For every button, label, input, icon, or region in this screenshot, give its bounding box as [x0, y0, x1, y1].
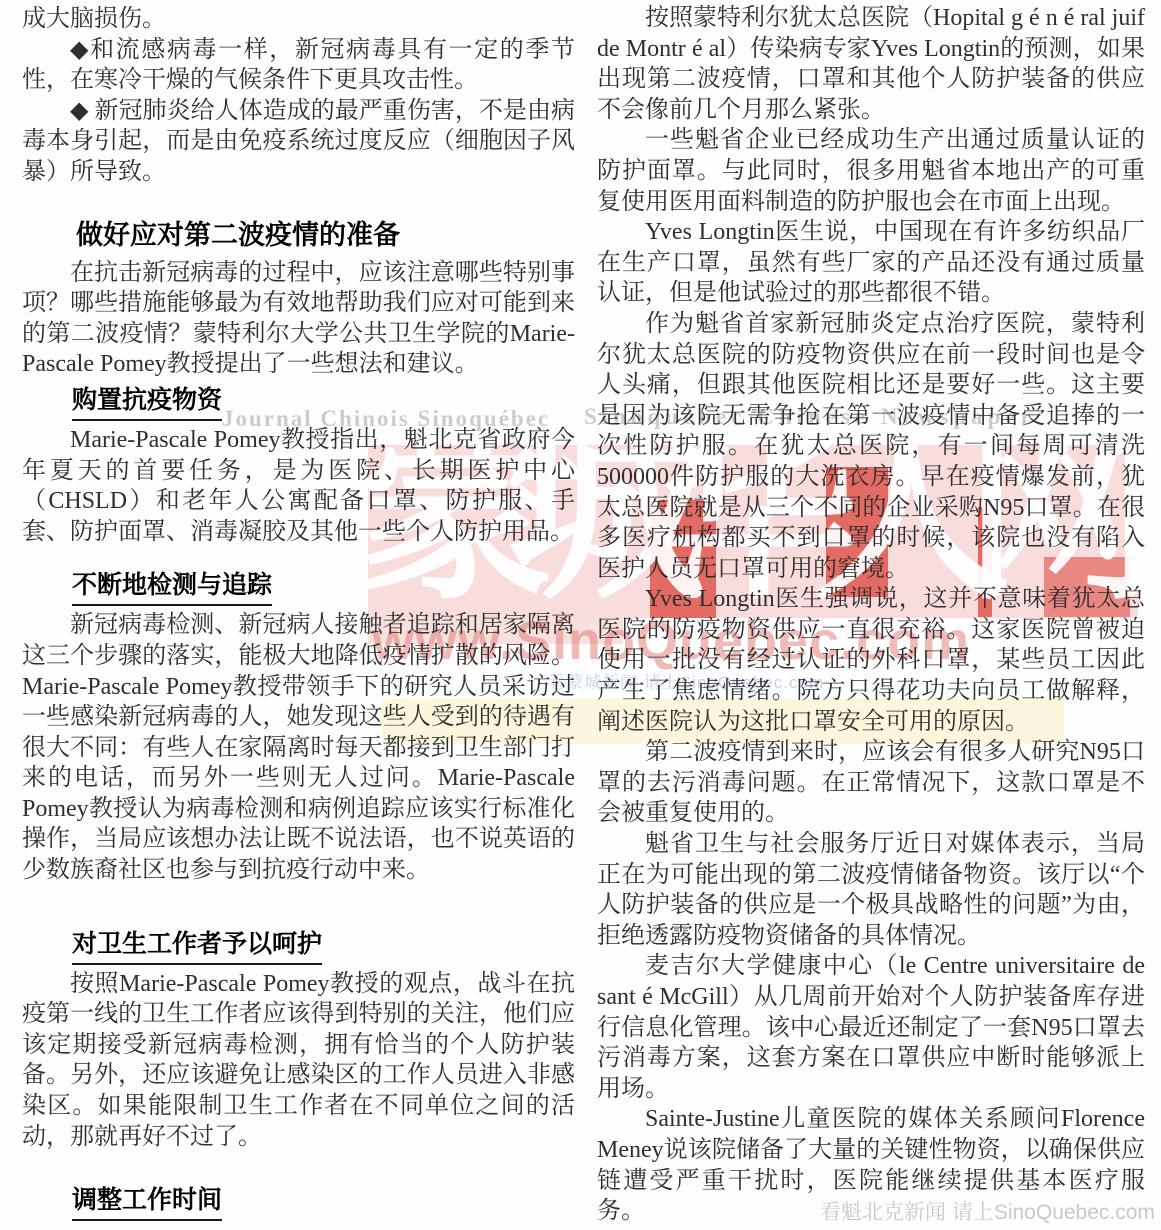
section-heading-testing: 不断地检测与追踪 [22, 569, 575, 606]
paragraph: 麦吉尔大学健康中心（le Centre universitaire de san… [597, 951, 1145, 1104]
paragraph: 魁省卫生与社会服务厅近日对媒体表示，当局正在为可能出现的第二波疫情储备物资。该厅… [597, 829, 1145, 951]
heading-underline-text: 对卫生工作者予以呵护 [72, 928, 322, 965]
bullet-paragraph: ◆ 新冠肺炎给人体造成的最严重伤害，不是由病毒本身引起，而是由免疫系统过度反应（… [22, 96, 575, 188]
paragraph-supplies: Marie-Pascale Pomey教授指出，魁北克省政府今年夏天的首要任务，… [22, 425, 575, 547]
bullet-paragraph: ◆和流感病毒一样，新冠病毒具有一定的季节性，在寒冷干燥的气候条件下更具攻击性。 [22, 35, 575, 96]
heading-underline-text: 调整工作时间 [72, 1184, 222, 1221]
heading-underline-text: 购置抗疫物资 [72, 384, 222, 421]
section-heading-schedule: 调整工作时间 [22, 1184, 575, 1221]
paragraph: 作为魁省首家新冠肺炎定点治疗医院，蒙特利尔犹太总医院的防疫物资供应在前一段时间也… [597, 309, 1145, 584]
paragraph: 按照蒙特利尔犹太总医院（Hopital g é n é ral juif de … [597, 3, 1145, 125]
section-heading-workers: 对卫生工作者予以呵护 [22, 928, 575, 965]
paragraph: Yves Longtin医生强调说，这并不意味着犹太总医院的防疫物资供应一直很充… [597, 584, 1145, 737]
paragraph-workers: 按照Marie-Pascale Pomey教授的观点，战斗在抗疫第一线的卫生工作… [22, 969, 575, 1153]
section-heading-main: 做好应对第二波疫情的准备 [22, 218, 575, 252]
paragraph-testing: 新冠病毒检测、新冠病人接触者追踪和居家隔离这三个步骤的落实，能极大地降低疫情扩散… [22, 610, 575, 885]
paragraph: Yves Longtin医生说，中国现在有许多纺织品厂在生产口罩，虽然有些厂家的… [597, 217, 1145, 309]
section-heading-supplies: 购置抗疫物资 [22, 384, 575, 421]
column-left: 成大脑损伤。 ◆和流感病毒一样，新冠病毒具有一定的季节性，在寒冷干燥的气候条件下… [22, 0, 575, 1225]
paragraph: Sainte-Justine儿童医院的媒体关系顾问Florence Meney说… [597, 1104, 1145, 1226]
newspaper-page: Journal Chinois Sinoquébec Sinoquébec Ch… [0, 0, 1161, 1230]
column-right: 按照蒙特利尔犹太总医院（Hopital g é n é ral juif de … [597, 0, 1145, 1227]
paragraph: 第二波疫情到来时，应该会有很多人研究N95口罩的去污消毒问题。在正常情况下，这款… [597, 737, 1145, 829]
heading-underline-text: 不断地检测与追踪 [72, 569, 272, 606]
paragraph-intro: 在抗击新冠病毒的过程中，应该注意哪些特别事项？哪些措施能够最为有效地帮助我们应对… [22, 258, 575, 380]
paragraph: 一些魁省企业已经成功生产出通过质量认证的防护面罩。与此同时，很多用魁省本地出产的… [597, 125, 1145, 217]
paragraph-tail: 成大脑损伤。 [22, 4, 575, 35]
